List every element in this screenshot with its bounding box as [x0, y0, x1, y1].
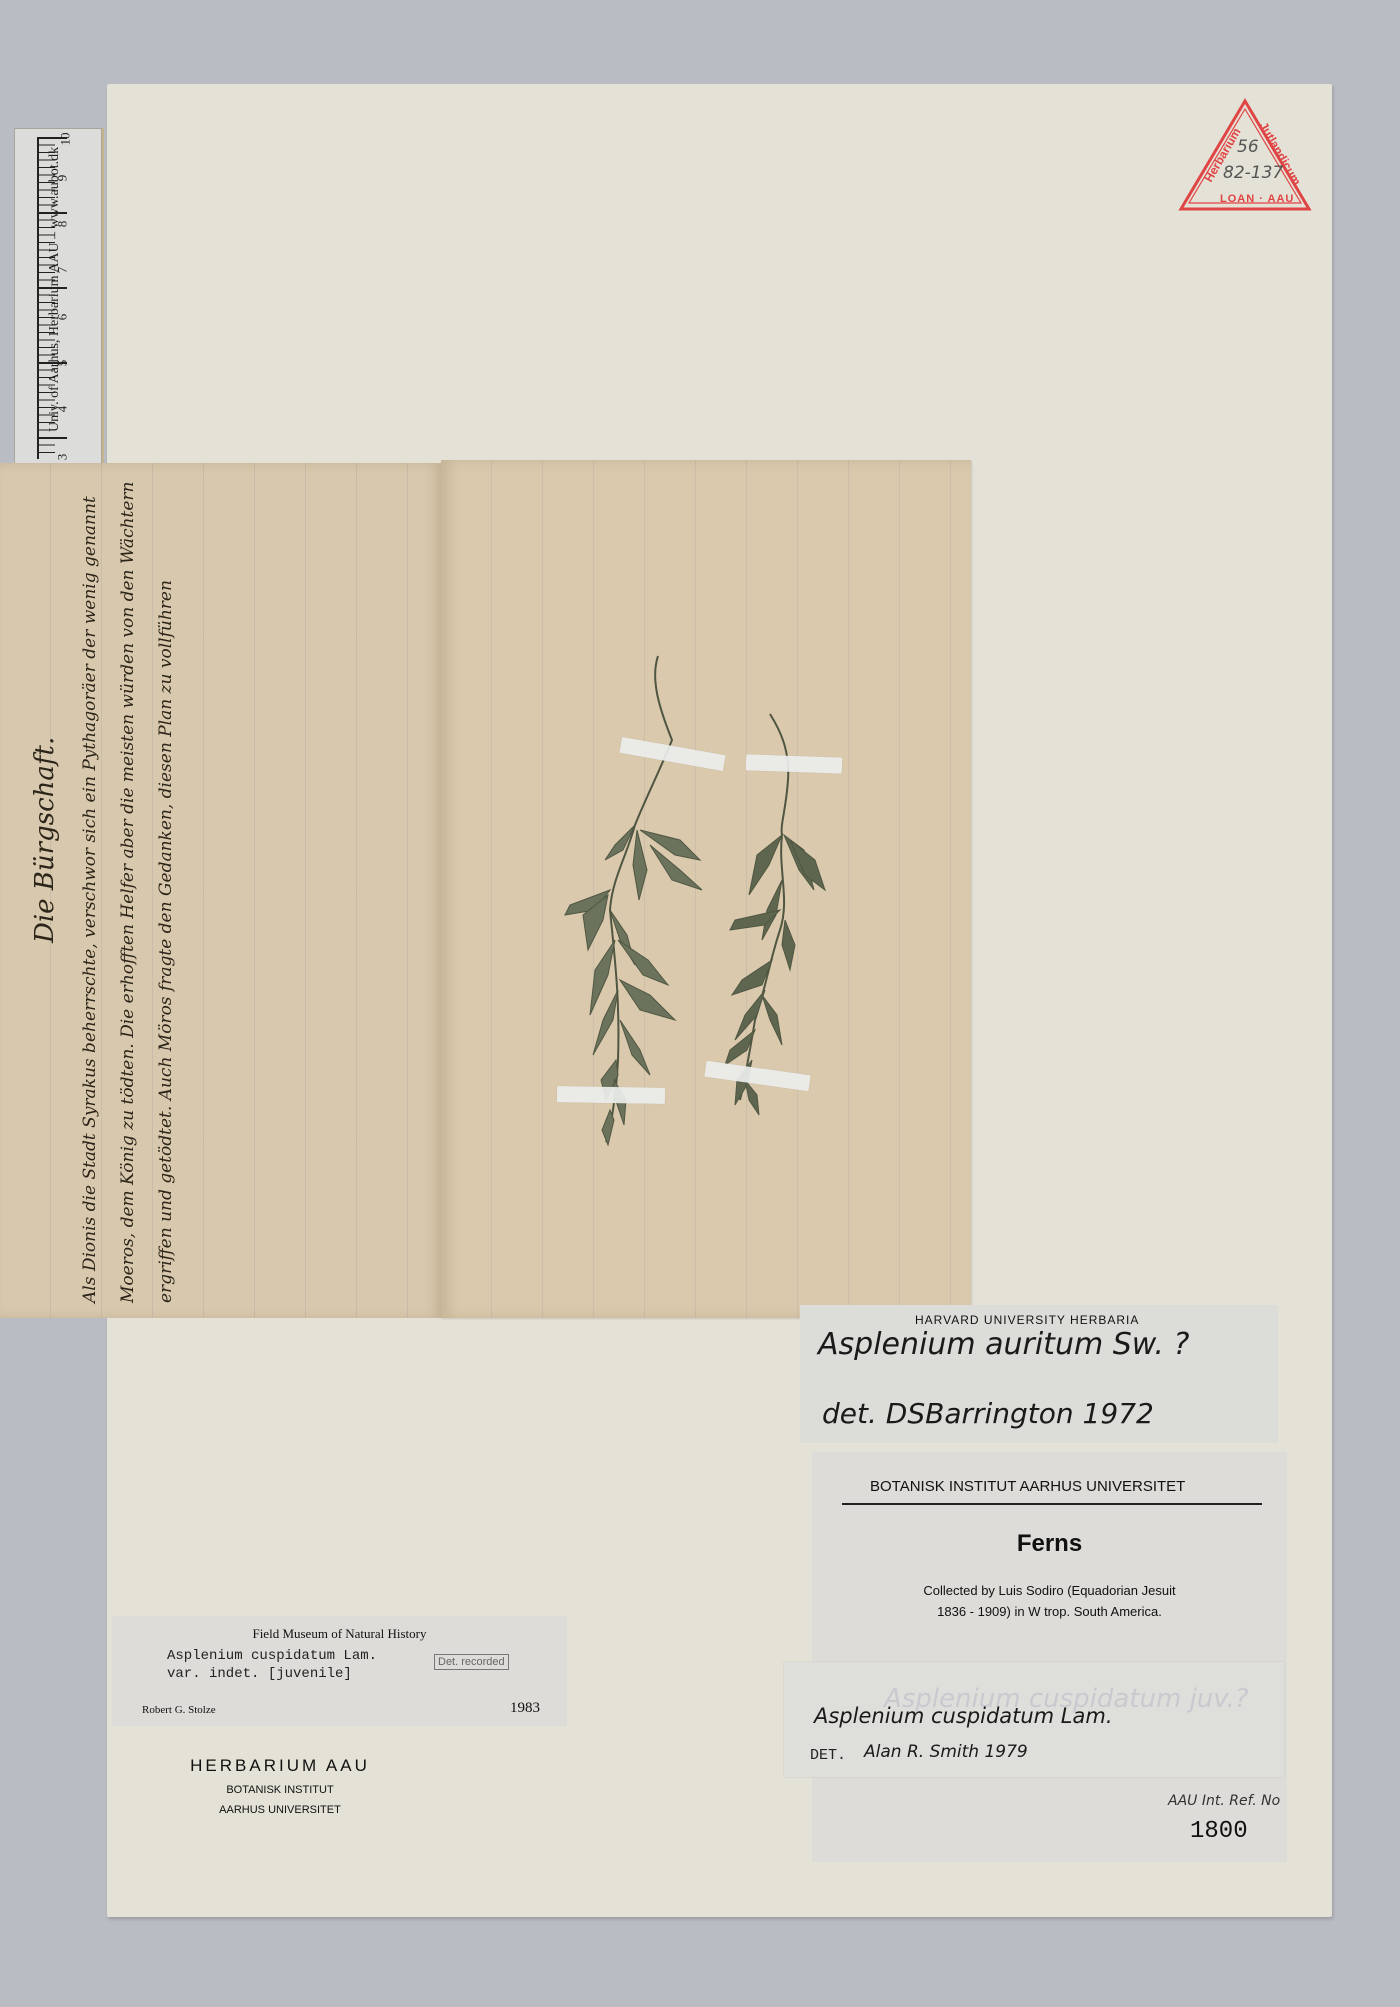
harvard-label-determiner: det. DSBarrington 1972	[822, 1397, 1154, 1430]
ruler-number: 10	[58, 133, 74, 146]
letter-page-left: Die Bürgschaft. Als Dionis die Stadt Syr…	[0, 463, 441, 1318]
smith-label-determiner: Alan R. Smith 1979	[864, 1742, 1028, 1762]
scale-ruler: 3 4 5 6 7 8 9 10 Univ. of Aarhus, Herbar…	[14, 128, 102, 470]
det-recorded-stamp: Det. recorded	[434, 1654, 509, 1670]
tape-strip	[746, 754, 842, 773]
herbarium-university: AARHUS UNIVERSITET	[160, 1804, 400, 1816]
field-museum-determiner: Robert G. Stolze	[142, 1704, 216, 1716]
herbarium-name: HERBARIUM AAU	[160, 1756, 400, 1776]
aarhus-label-title: Ferns	[812, 1530, 1287, 1558]
letter-line: Moeros, dem König zu tödten. Die erhofft…	[118, 482, 138, 1303]
ruler-credit: Univ. of Aarhus, Herbarium AAU – www.aub…	[47, 162, 63, 432]
herbarium-institute: BOTANISK INSTITUT	[160, 1784, 400, 1796]
field-museum-label: Field Museum of Natural History Aspleniu…	[112, 1616, 567, 1726]
letter-title: Die Bürgschaft.	[30, 737, 60, 943]
letter-line: Als Dionis die Stadt Syrakus beherrschte…	[80, 496, 100, 1303]
aarhus-label-line: 1836 - 1909) in W trop. South America.	[812, 1604, 1287, 1619]
stamp-number: 56	[1237, 137, 1259, 157]
tape-strip	[557, 1086, 665, 1104]
smith-determination-label: Asplenium cuspidatum juv.? Asplenium cus…	[784, 1662, 1284, 1777]
field-museum-taxon-variety: var. indet. [juvenile]	[167, 1666, 352, 1682]
divider	[842, 1503, 1262, 1505]
stamp-loan-number: 82-137	[1223, 163, 1283, 183]
accession-number: 1800	[1190, 1818, 1248, 1845]
aarhus-label-header: BOTANISK INSTITUT AARHUS UNIVERSITET	[870, 1478, 1185, 1495]
fern-specimen-icon	[540, 640, 840, 1200]
stamp-loan-text: LOAN · AAU	[1220, 193, 1294, 205]
herbarium-stamp: Herbarium Jutlandicum 56 82-137 LOAN · A…	[1175, 95, 1315, 215]
ruler-number: 3	[54, 454, 70, 461]
field-museum-year: 1983	[510, 1700, 540, 1717]
field-museum-header: Field Museum of Natural History	[112, 1626, 567, 1642]
harvard-determination-label: HARVARD UNIVERSITY HERBARIA Asplenium au…	[800, 1305, 1278, 1443]
herbarium-aau-block: HERBARIUM AAU BOTANISK INSTITUT AARHUS U…	[160, 1756, 400, 1816]
smith-label-det: DET.	[810, 1747, 846, 1764]
harvard-label-taxon: Asplenium auritum Sw. ?	[818, 1327, 1189, 1362]
accession-handwritten: AAU Int. Ref. No	[1168, 1793, 1280, 1809]
harvard-label-header: HARVARD UNIVERSITY HERBARIA	[915, 1313, 1139, 1327]
letter-line: ergriffen und getödtet. Auch Möros fragt…	[156, 580, 176, 1303]
field-museum-taxon: Asplenium cuspidatum Lam.	[167, 1648, 377, 1664]
aarhus-label-line: Collected by Luis Sodiro (Equadorian Jes…	[812, 1583, 1287, 1598]
smith-label-taxon: Asplenium cuspidatum Lam.	[814, 1704, 1113, 1728]
